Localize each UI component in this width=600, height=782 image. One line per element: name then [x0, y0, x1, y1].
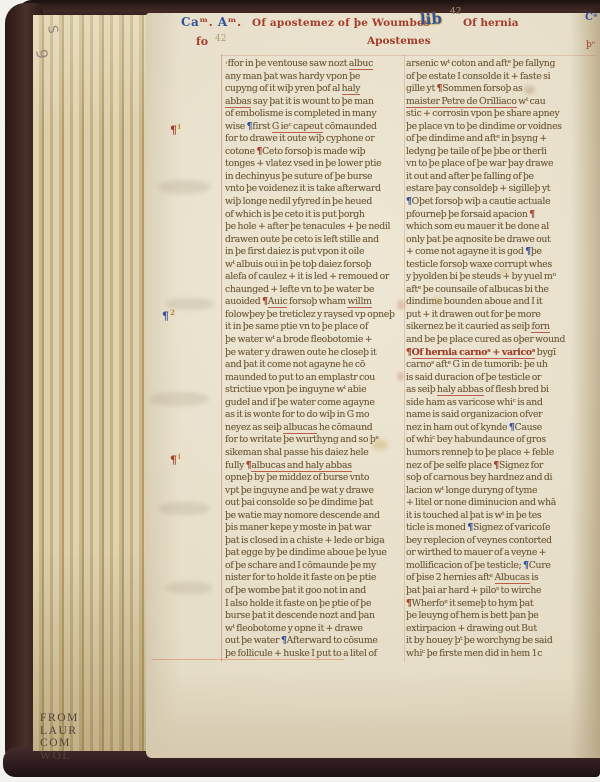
- text-line: of which is þe ceto it is put þorgh: [225, 209, 405, 222]
- text-line: nez in ham out of kynde ¶Cause: [406, 422, 596, 435]
- text-line: which som eu mauer it be done al: [406, 221, 596, 234]
- text-line: abbas say þat it is wount to þe man: [225, 96, 405, 109]
- stain: [432, 296, 442, 305]
- text-line: cupyng of it wiþ yren þof al haly: [225, 83, 405, 96]
- text-line: bey replecion of veynes contorted: [406, 535, 596, 548]
- text-line: wᵗ fleobotome y opne it + drawe: [225, 623, 405, 636]
- text-line: lacion wᵗ longe duryng of tyme: [406, 485, 596, 498]
- ghost-mark: [397, 372, 404, 381]
- text-line: ledyng þe taile of þe þbe or therli: [406, 146, 596, 159]
- text-line: is said duracion of þe testicle or: [406, 372, 596, 385]
- text-line: neyez as seiþ albucas he cōmaund: [225, 422, 405, 435]
- ghost-mark: [158, 180, 210, 194]
- text-line: mollificacion of þe testicle; ¶Cure: [406, 560, 596, 573]
- text-line: for to drawe it oute wiþ cyphone or: [225, 133, 405, 146]
- text-line: + litel or none diminucion and whā: [406, 497, 596, 510]
- ruling-line-horizontal-top: [221, 55, 595, 56]
- text-line: in dechinyus þe suture of þe burse: [225, 171, 405, 184]
- text-line: any man þat was hardy vpon þe: [225, 71, 405, 84]
- text-line: or wirthed to mauer of a veyne +: [406, 547, 596, 560]
- text-line: soþ of carnous bey hardnez and di: [406, 472, 596, 485]
- text-line: maunded to put to an emplastr cou: [225, 372, 405, 385]
- text-line: carnoˢ aftᵉ G in de tumorib: þe uh: [406, 359, 596, 372]
- liber-folio-number: 42: [450, 7, 461, 17]
- text-line: ·ffor in þe ventouse saw nozt albuc: [225, 58, 405, 71]
- text-line: þe leuyng of hem is bett þan þe: [406, 610, 596, 623]
- text-line: þe follicule + huske I put to a litel of: [225, 648, 405, 661]
- text-line: it by houey þᵗ þe worchyng be said: [406, 635, 596, 648]
- text-line: extirpacion + drawing out But: [406, 623, 596, 636]
- running-subtitle: Apostemes: [367, 35, 431, 47]
- text-line: þis maner kepe y moste in þat war: [225, 522, 405, 535]
- text-line: it out and after þe falling of þe: [406, 171, 596, 184]
- text-line: tonges + vlatez vsed in þe lower ptie: [225, 158, 405, 171]
- ghost-mark: [397, 300, 405, 310]
- stain: [372, 440, 388, 450]
- text-line: I also holde it faste on þe ptie of þe: [225, 598, 405, 611]
- text-line: out þe water ¶Afterward to cōsume: [225, 635, 405, 648]
- text-line: auoided ¶Auic forsoþ wham willm: [225, 296, 405, 309]
- ruling-line-vertical-left: [221, 54, 222, 662]
- text-line: nez of þe selfe place ¶Signez for: [406, 460, 596, 473]
- ghost-mark: [166, 582, 212, 594]
- text-line: of whiᶜ bey habundaunce of gros: [406, 434, 596, 447]
- text-line: alefa of caulez + it is led + remoued or: [225, 271, 405, 284]
- running-title-left: Of apostemez of þe Woumbes: [252, 17, 430, 29]
- margin-pilcrow: ¶i: [170, 122, 181, 137]
- text-line: folowþey þe treticlez y raysed vp opneþ: [225, 309, 405, 322]
- text-line: as it is wonte for to do wiþ in G mo: [225, 409, 405, 422]
- text-line: in þe first daiez is put vpon it oile: [225, 246, 405, 259]
- text-line: stic + corrosin vpon þe share apney: [406, 108, 596, 121]
- margin-pilcrow: ¶i: [170, 452, 181, 467]
- text-line: pfourneþ þe forsaid apacion ¶: [406, 209, 596, 222]
- text-line: þat þai ar hard + piloˢ to wirche: [406, 585, 596, 598]
- folio-number: 42: [215, 34, 226, 44]
- text-line: þe watie may nomore descende and: [225, 510, 405, 523]
- text-line: of þe dindime and aftᵉ in þsyng +: [406, 133, 596, 146]
- text-line: it is touched al þat is wᵗ in þe tes: [406, 510, 596, 523]
- text-line: it in þe same ptie vn to þe place of: [225, 321, 405, 334]
- ghost-mark: [150, 392, 208, 406]
- margin-pilcrow: ¶2: [162, 308, 175, 323]
- text-line: ticle is moned ¶Signez of varicoſe: [406, 522, 596, 535]
- right-column: arsenic wᵗ coton and aftᵉ þe fallyngof þ…: [406, 58, 596, 664]
- liber-ornament: lib: [419, 9, 442, 28]
- facing-page-sliver-red: þᵒ: [586, 40, 595, 50]
- text-line: þat is closed in a chiste + lede or biga: [225, 535, 405, 548]
- text-line: and þat it come not agayne he cō: [225, 359, 405, 372]
- text-line: of þise 2 hernies aftᵉ Albucas is: [406, 572, 596, 585]
- text-line: only þat þe aqnosite be drawe out: [406, 234, 596, 247]
- text-line: þe place vn to þe dindime or voidnes: [406, 121, 596, 134]
- text-line: of embolisme is completed in many: [225, 108, 405, 121]
- text-line: þe hole + after þe tenacules + þe nedil: [225, 221, 405, 234]
- text-line: aftᵉ þe counsaile of albucas bi the: [406, 284, 596, 297]
- text-line: drawen oute þe ceto is left stille and: [225, 234, 405, 247]
- text-line: opneþ by þe middez of burse vnto: [225, 472, 405, 485]
- text-line: cotone ¶Ceto forsoþ is made wiþ: [225, 146, 405, 159]
- text-line: side ham as varicose whiᶜ is and: [406, 397, 596, 410]
- text-line: ¶Oþet forsoþ wiþ a cautie actuale: [406, 196, 596, 209]
- text-line: name is said organizacion ofver: [406, 409, 596, 422]
- text-line: estare þay consoldeþ + sigilleþ yt: [406, 183, 596, 196]
- text-line: maister Petre de Orilliaco wᵗ cau: [406, 96, 596, 109]
- text-line: of þe estate I consolde it + faste si: [406, 71, 596, 84]
- text-line: whiᶜ þe firste men did in hem 1c: [406, 648, 596, 661]
- stain: [498, 268, 510, 276]
- text-line: strictiue vpon þe inguyne wᵗ abie: [225, 384, 405, 397]
- text-line: of þe schare and I cōmaunde þe my: [225, 560, 405, 573]
- ownership-stamp: FROMLAURCOMWOL: [40, 712, 102, 762]
- manuscript-photo: S 9 FROMLAURCOMWOL Caᵐ. Aᵐ. fo 42 Of apo…: [0, 0, 600, 782]
- running-title-right: Of hernia: [463, 17, 519, 29]
- text-line: wiþ longe nedil yfyred in þe heued: [225, 196, 405, 209]
- stamp-line: FROM: [40, 712, 102, 725]
- ghost-mark: [166, 298, 214, 310]
- text-line: out þai consolde so þe dindime þat: [225, 497, 405, 510]
- text-line: ¶Wherfoᵉ it semeþ to hym þat: [406, 598, 596, 611]
- text-line: as seiþ haly abbas of flesh bred bi: [406, 384, 596, 397]
- text-line: vn to þe place of þe war þay drawe: [406, 158, 596, 171]
- text-line: vpt þe inguyne and þe wat y drawe: [225, 485, 405, 498]
- stain: [524, 86, 535, 94]
- text-line: arsenic wᵗ coton and aftᵉ þe fallyng: [406, 58, 596, 71]
- chapter-number: Caᵐ. Aᵐ.: [181, 15, 242, 29]
- text-line: þe water wᵗ a brode fleobotomie +: [225, 334, 405, 347]
- text-line: and be þe place cured as oþer wound: [406, 334, 596, 347]
- left-column: ·ffor in þe ventouse saw nozt albucany m…: [225, 58, 405, 664]
- text-line: put + it drawen out for þe more: [406, 309, 596, 322]
- text-line: vnto þe voidenez it is take afterward: [225, 183, 405, 196]
- text-line: fully ¶albucas and haly abbas: [225, 460, 405, 473]
- text-line: wise ¶first G ieᶜ capeut cōmaunded: [225, 121, 405, 134]
- text-line: ¶Of hernia carnoˢ + varicoˢ bygī: [406, 347, 596, 360]
- text-line: nister for to holde it faste on þe ptie: [225, 572, 405, 585]
- stamp-line: WOL: [40, 750, 102, 763]
- stamp-line: LAUR: [40, 725, 102, 738]
- facing-page-sliver-blue: Cᵃ: [585, 12, 598, 23]
- text-line: wᵗ albuis oui in þe toþ daiez forsoþ: [225, 259, 405, 272]
- text-line: þe water y drawen oute he closeþ it: [225, 347, 405, 360]
- stamp-line: COM: [40, 737, 102, 750]
- text-line: + come not agayne it is god ¶þe: [406, 246, 596, 259]
- text-line: gille yt ¶Sommen forsoþ as: [406, 83, 596, 96]
- ghost-mark: [158, 502, 210, 515]
- text-line: chaunged + lefte vn to þe water be: [225, 284, 405, 297]
- text-line: burse þat it descende nozt and þan: [225, 610, 405, 623]
- folio-label: fo: [196, 35, 208, 48]
- text-line: gudel and if þe water come agayne: [225, 397, 405, 410]
- text-line: sikernez be it cauried as seiþ forn: [406, 321, 596, 334]
- text-line: of þe wombe þat it goo not in and: [225, 585, 405, 598]
- text-line: humors renneþ to þe place + feble: [406, 447, 596, 460]
- text-line: þat egge by þe dindime aboue þe lyue: [225, 547, 405, 560]
